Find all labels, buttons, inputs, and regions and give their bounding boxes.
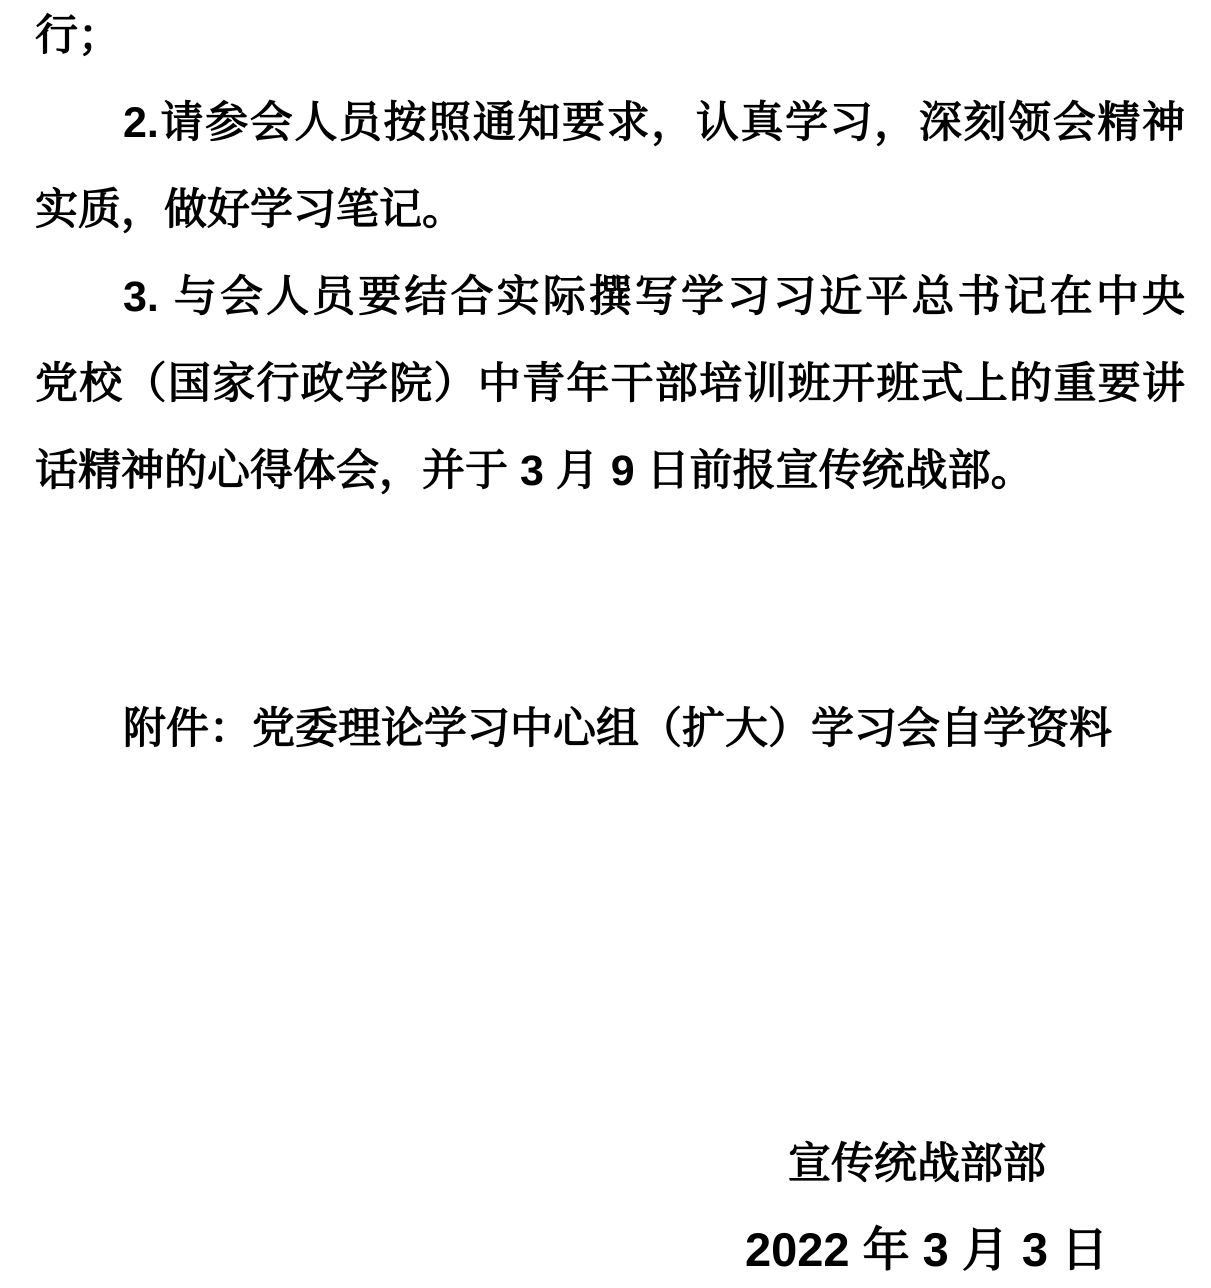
attachment-note: 附件：党委理论学习中心组（扩大）学习会自学资料	[123, 686, 1112, 773]
item-3-line-1: 3. 与会人员要结合实际撰写学习习近平总书记在中央	[35, 254, 1185, 341]
document-page: 行； 2.请参会人员按照通知要求，认真学习，深刻领会精神 实质，做好学习笔记。 …	[0, 0, 1211, 1288]
item-3-line-2: 党校（国家行政学院）中青年干部培训班开班式上的重要讲	[35, 341, 1185, 428]
signature-department: 宣传统战部部	[788, 1121, 1046, 1208]
item-2-line-1: 2.请参会人员按照通知要求，认真学习，深刻领会精神	[35, 80, 1185, 167]
document-body: 行； 2.请参会人员按照通知要求，认真学习，深刻领会精神 实质，做好学习笔记。 …	[35, 0, 1185, 515]
item-3-line-3: 话精神的心得体会，并于 3 月 9 日前报宣传统战部。	[35, 428, 1185, 515]
signature-date: 2022 年 3 月 3 日	[745, 1206, 1108, 1288]
item-2-line-2: 实质，做好学习笔记。	[35, 167, 1185, 254]
paragraph-continuation-line: 行；	[35, 0, 1185, 80]
